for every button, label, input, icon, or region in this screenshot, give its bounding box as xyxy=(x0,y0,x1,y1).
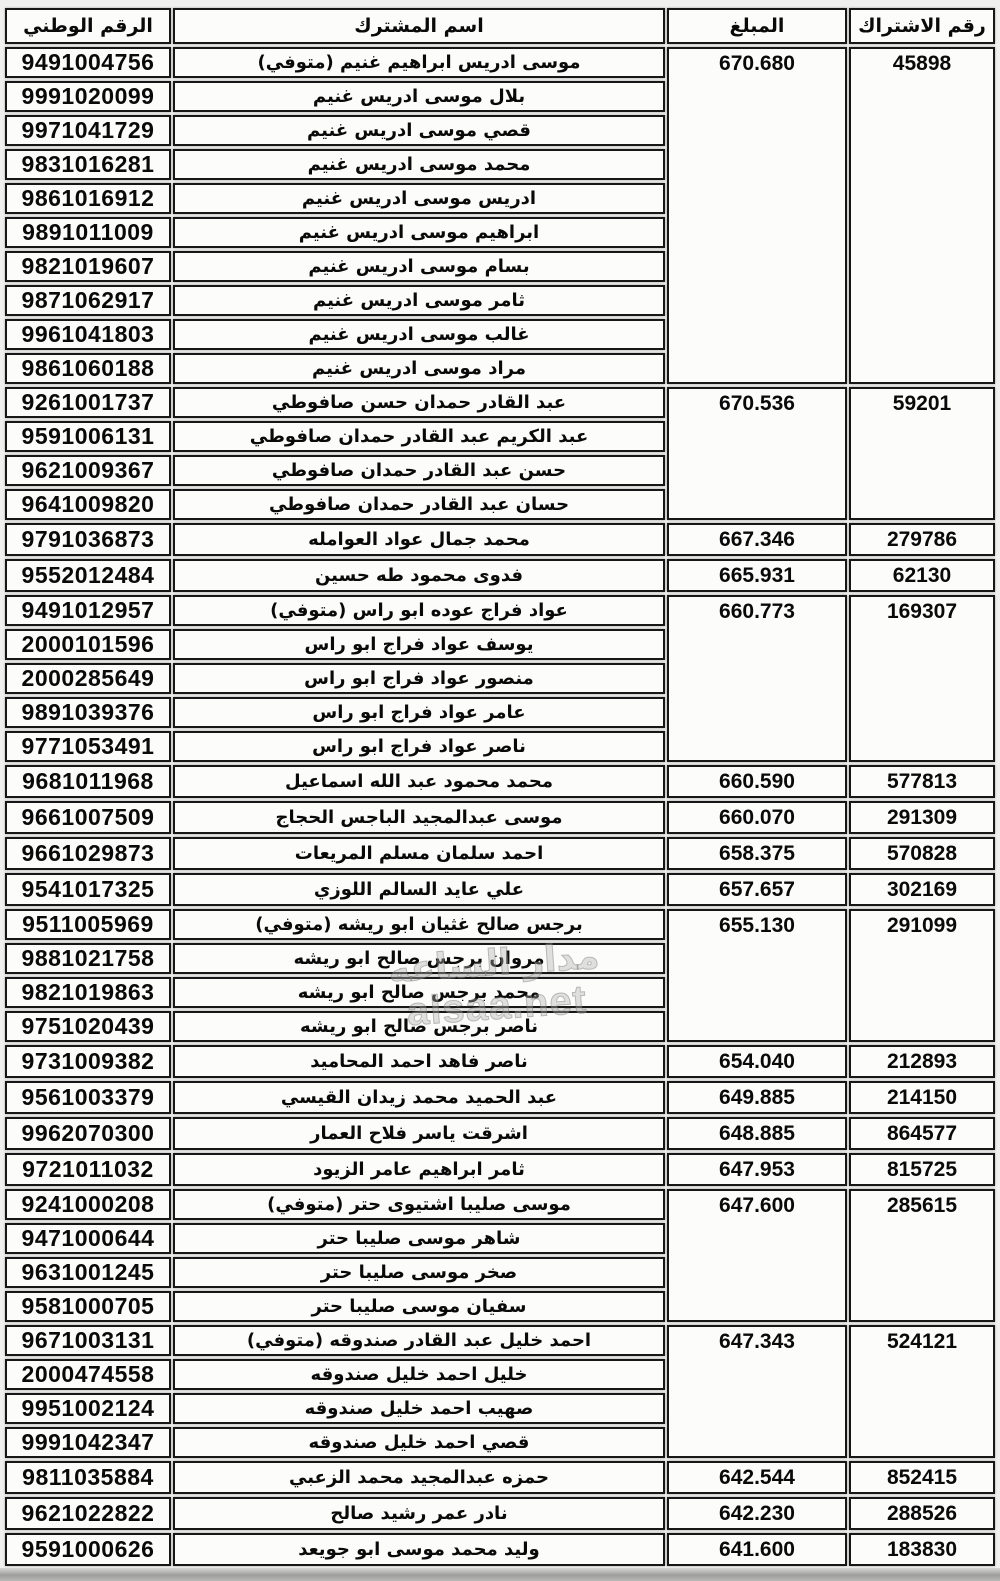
national-id-cell: 9591006131 xyxy=(5,421,171,452)
subscriber-name-cell: محمد موسى ادريس غنيم xyxy=(173,149,665,180)
header-national-id: الرقم الوطني xyxy=(5,8,171,44)
national-id-cell: 9471000644 xyxy=(5,1223,171,1254)
subscriber-table: رقم الاشتراك المبلغ اسم المشترك الرقم ال… xyxy=(3,5,997,1569)
national-id-cell: 9751020439 xyxy=(5,1011,171,1042)
subscriber-name-cell: سفيان موسى صليبا حتر xyxy=(173,1291,665,1322)
national-id-cell: 9641009820 xyxy=(5,489,171,520)
amount-cell: 649.885 xyxy=(667,1081,847,1114)
subscriber-name-cell: موسى ادريس ابراهيم غنيم (متوفي) xyxy=(173,47,665,78)
table-row: 62130665.931فدوى محمود طه حسين9552012484 xyxy=(5,559,995,592)
table-row: 570828658.375احمد سلمان مسلم المريعات966… xyxy=(5,837,995,870)
table-row: 212893654.040ناصر فاهد احمد المحاميد9731… xyxy=(5,1045,995,1078)
national-id-cell: 9541017325 xyxy=(5,873,171,906)
subscriber-name-cell: قصي احمد خليل صندوقه xyxy=(173,1427,665,1458)
subscriber-name-cell: عواد فراج عوده ابو راس (متوفي) xyxy=(173,595,665,626)
subscriber-name-cell: مراد موسى ادريس غنيم xyxy=(173,353,665,384)
subscription-number-cell: 302169 xyxy=(849,873,995,906)
national-id-cell: 9621022822 xyxy=(5,1497,171,1530)
table-row: 815725647.953ثامر ابراهيم عامر الزيود972… xyxy=(5,1153,995,1186)
amount-cell: 660.590 xyxy=(667,765,847,798)
subscriber-name-cell: وليد محمد موسى ابو جويعد xyxy=(173,1533,665,1566)
national-id-cell: 9661007509 xyxy=(5,801,171,834)
amount-cell: 647.600 xyxy=(667,1189,847,1322)
national-id-cell: 2000285649 xyxy=(5,663,171,694)
subscription-number-cell: 570828 xyxy=(849,837,995,870)
national-id-cell: 9951002124 xyxy=(5,1393,171,1424)
subscriber-name-cell: ناصر برجس صالح ابو ريشه xyxy=(173,1011,665,1042)
national-id-cell: 9991042347 xyxy=(5,1427,171,1458)
national-id-cell: 9581000705 xyxy=(5,1291,171,1322)
subscription-number-cell: 852415 xyxy=(849,1461,995,1494)
subscription-number-cell: 214150 xyxy=(849,1081,995,1114)
amount-cell: 647.343 xyxy=(667,1325,847,1458)
subscriber-name-cell: غالب موسى ادريس غنيم xyxy=(173,319,665,350)
subscriber-name-cell: قصي موسى ادريس غنيم xyxy=(173,115,665,146)
table-row: 59201670.536عبد القادر حمدان حسن صافوطي9… xyxy=(5,387,995,418)
subscriber-name-cell: عبد القادر حمدان حسن صافوطي xyxy=(173,387,665,418)
subscription-number-cell: 291309 xyxy=(849,801,995,834)
table-row: 214150649.885عبد الحميد محمد زيدان القيس… xyxy=(5,1081,995,1114)
amount-cell: 667.346 xyxy=(667,523,847,556)
subscriber-name-cell: ناصر عواد فراج ابو راس xyxy=(173,731,665,762)
subscriber-name-cell: موسى عبدالمجيد الباجس الحجاج xyxy=(173,801,665,834)
table-row: 285615647.600موسى صليبا اشتيوى حتر (متوف… xyxy=(5,1189,995,1220)
subscriber-name-cell: محمد جمال عواد العوامله xyxy=(173,523,665,556)
national-id-cell: 9821019863 xyxy=(5,977,171,1008)
subscriber-name-cell: مروان برجس صالح ابو ريشه xyxy=(173,943,665,974)
national-id-cell: 9831016281 xyxy=(5,149,171,180)
subscriber-name-cell: خليل احمد خليل صندوقه xyxy=(173,1359,665,1390)
subscriber-name-cell: صهيب احمد خليل صندوقه xyxy=(173,1393,665,1424)
subscriber-name-cell: برجس صالح غثيان ابو ريشه (متوفي) xyxy=(173,909,665,940)
table-row: 852415642.544حمزه عبدالمجيد محمد الزعبي9… xyxy=(5,1461,995,1494)
subscription-number-cell: 577813 xyxy=(849,765,995,798)
subscription-number-cell: 864577 xyxy=(849,1117,995,1150)
amount-cell: 658.375 xyxy=(667,837,847,870)
subscription-number-cell: 285615 xyxy=(849,1189,995,1322)
subscription-number-cell: 169307 xyxy=(849,595,995,762)
national-id-cell: 9241000208 xyxy=(5,1189,171,1220)
national-id-cell: 9552012484 xyxy=(5,559,171,592)
subscriber-name-cell: حمزه عبدالمجيد محمد الزعبي xyxy=(173,1461,665,1494)
national-id-cell: 9681011968 xyxy=(5,765,171,798)
subscriber-name-cell: ادريس موسى ادريس غنيم xyxy=(173,183,665,214)
subscription-number-cell: 212893 xyxy=(849,1045,995,1078)
national-id-cell: 9621009367 xyxy=(5,455,171,486)
national-id-cell: 9591000626 xyxy=(5,1533,171,1566)
national-id-cell: 9891039376 xyxy=(5,697,171,728)
national-id-cell: 2000101596 xyxy=(5,629,171,660)
national-id-cell: 9631001245 xyxy=(5,1257,171,1288)
amount-cell: 660.773 xyxy=(667,595,847,762)
national-id-cell: 9961041803 xyxy=(5,319,171,350)
table-row: 279786667.346محمد جمال عواد العوامله9791… xyxy=(5,523,995,556)
subscriber-name-cell: احمد سلمان مسلم المريعات xyxy=(173,837,665,870)
national-id-cell: 9671003131 xyxy=(5,1325,171,1356)
table-row: 45898670.680موسى ادريس ابراهيم غنيم (متو… xyxy=(5,47,995,78)
subscriber-name-cell: شاهر موسى صليبا حتر xyxy=(173,1223,665,1254)
header-row: رقم الاشتراك المبلغ اسم المشترك الرقم ال… xyxy=(5,8,995,44)
subscriber-name-cell: موسى صليبا اشتيوى حتر (متوفي) xyxy=(173,1189,665,1220)
subscriber-name-cell: ثامر ابراهيم عامر الزيود xyxy=(173,1153,665,1186)
subscription-number-cell: 62130 xyxy=(849,559,995,592)
table-row: 864577648.885اشرقت ياسر فلاح العمار99620… xyxy=(5,1117,995,1150)
subscriber-name-cell: احمد خليل عبد القادر صندوقه (متوفي) xyxy=(173,1325,665,1356)
amount-cell: 641.600 xyxy=(667,1533,847,1566)
subscriber-name-cell: يوسف عواد فراج ابو راس xyxy=(173,629,665,660)
subscription-number-cell: 288526 xyxy=(849,1497,995,1530)
table-row: 288526642.230نادر عمر رشيد صالح962102282… xyxy=(5,1497,995,1530)
national-id-cell: 9861016912 xyxy=(5,183,171,214)
subscription-number-cell: 815725 xyxy=(849,1153,995,1186)
amount-cell: 670.536 xyxy=(667,387,847,520)
scanned-document-page: رقم الاشتراك المبلغ اسم المشترك الرقم ال… xyxy=(0,0,1000,1581)
national-id-cell: 9491012957 xyxy=(5,595,171,626)
header-amount: المبلغ xyxy=(667,8,847,44)
national-id-cell: 9821019607 xyxy=(5,251,171,282)
subscription-number-cell: 45898 xyxy=(849,47,995,384)
table-row: 291099655.130برجس صالح غثيان ابو ريشه (م… xyxy=(5,909,995,940)
table-row: 183830641.600وليد محمد موسى ابو جويعد959… xyxy=(5,1533,995,1566)
subscription-number-cell: 279786 xyxy=(849,523,995,556)
subscription-number-cell: 291099 xyxy=(849,909,995,1042)
amount-cell: 655.130 xyxy=(667,909,847,1042)
national-id-cell: 9891011009 xyxy=(5,217,171,248)
national-id-cell: 9661029873 xyxy=(5,837,171,870)
subscriber-name-cell: علي عايد السالم اللوزي xyxy=(173,873,665,906)
national-id-cell: 9991020099 xyxy=(5,81,171,112)
table-row: 291309660.070موسى عبدالمجيد الباجس الحجا… xyxy=(5,801,995,834)
national-id-cell: 9771053491 xyxy=(5,731,171,762)
subscription-number-cell: 59201 xyxy=(849,387,995,520)
amount-cell: 657.657 xyxy=(667,873,847,906)
national-id-cell: 9261001737 xyxy=(5,387,171,418)
subscriber-name-cell: اشرقت ياسر فلاح العمار xyxy=(173,1117,665,1150)
national-id-cell: 9791036873 xyxy=(5,523,171,556)
amount-cell: 648.885 xyxy=(667,1117,847,1150)
header-subscription-number: رقم الاشتراك xyxy=(849,8,995,44)
subscriber-name-cell: منصور عواد فراج ابو راس xyxy=(173,663,665,694)
subscriber-name-cell: عبد الكريم عبد القادر حمدان صافوطي xyxy=(173,421,665,452)
table-body: 45898670.680موسى ادريس ابراهيم غنيم (متو… xyxy=(5,47,995,1566)
subscriber-name-cell: بلال موسى ادريس غنيم xyxy=(173,81,665,112)
amount-cell: 665.931 xyxy=(667,559,847,592)
subscriber-name-cell: ثامر موسى ادريس غنيم xyxy=(173,285,665,316)
subscriber-name-cell: محمد برجس صالح ابو ريشه xyxy=(173,977,665,1008)
national-id-cell: 9561003379 xyxy=(5,1081,171,1114)
national-id-cell: 9731009382 xyxy=(5,1045,171,1078)
national-id-cell: 9962070300 xyxy=(5,1117,171,1150)
subscriber-name-cell: عبد الحميد محمد زيدان القيسي xyxy=(173,1081,665,1114)
amount-cell: 660.070 xyxy=(667,801,847,834)
subscriber-name-cell: ناصر فاهد احمد المحاميد xyxy=(173,1045,665,1078)
subscriber-name-cell: ابراهيم موسى ادريس غنيم xyxy=(173,217,665,248)
amount-cell: 642.230 xyxy=(667,1497,847,1530)
subscriber-name-cell: محمد محمود عبد الله اسماعيل xyxy=(173,765,665,798)
national-id-cell: 9721011032 xyxy=(5,1153,171,1186)
amount-cell: 647.953 xyxy=(667,1153,847,1186)
national-id-cell: 9491004756 xyxy=(5,47,171,78)
national-id-cell: 9871062917 xyxy=(5,285,171,316)
table-row: 577813660.590محمد محمود عبد الله اسماعيل… xyxy=(5,765,995,798)
subscriber-name-cell: نادر عمر رشيد صالح xyxy=(173,1497,665,1530)
table-row: 524121647.343احمد خليل عبد القادر صندوقه… xyxy=(5,1325,995,1356)
subscription-number-cell: 524121 xyxy=(849,1325,995,1458)
national-id-cell: 2000474558 xyxy=(5,1359,171,1390)
subscriber-name-cell: حسان عبد القادر حمدان صافوطي xyxy=(173,489,665,520)
national-id-cell: 9971041729 xyxy=(5,115,171,146)
table-row: 302169657.657علي عايد السالم اللوزي95410… xyxy=(5,873,995,906)
header-subscriber-name: اسم المشترك xyxy=(173,8,665,44)
table-row: 169307660.773عواد فراج عوده ابو راس (متو… xyxy=(5,595,995,626)
subscriber-name-cell: فدوى محمود طه حسين xyxy=(173,559,665,592)
national-id-cell: 9881021758 xyxy=(5,943,171,974)
national-id-cell: 9811035884 xyxy=(5,1461,171,1494)
amount-cell: 654.040 xyxy=(667,1045,847,1078)
subscriber-name-cell: حسن عبد القادر حمدان صافوطي xyxy=(173,455,665,486)
amount-cell: 670.680 xyxy=(667,47,847,384)
national-id-cell: 9511005969 xyxy=(5,909,171,940)
scan-edge-artifact xyxy=(0,1568,1000,1581)
subscriber-name-cell: صخر موسى صليبا حتر xyxy=(173,1257,665,1288)
subscription-number-cell: 183830 xyxy=(849,1533,995,1566)
national-id-cell: 9861060188 xyxy=(5,353,171,384)
amount-cell: 642.544 xyxy=(667,1461,847,1494)
subscriber-name-cell: عامر عواد فراج ابو راس xyxy=(173,697,665,728)
subscriber-name-cell: بسام موسى ادريس غنيم xyxy=(173,251,665,282)
